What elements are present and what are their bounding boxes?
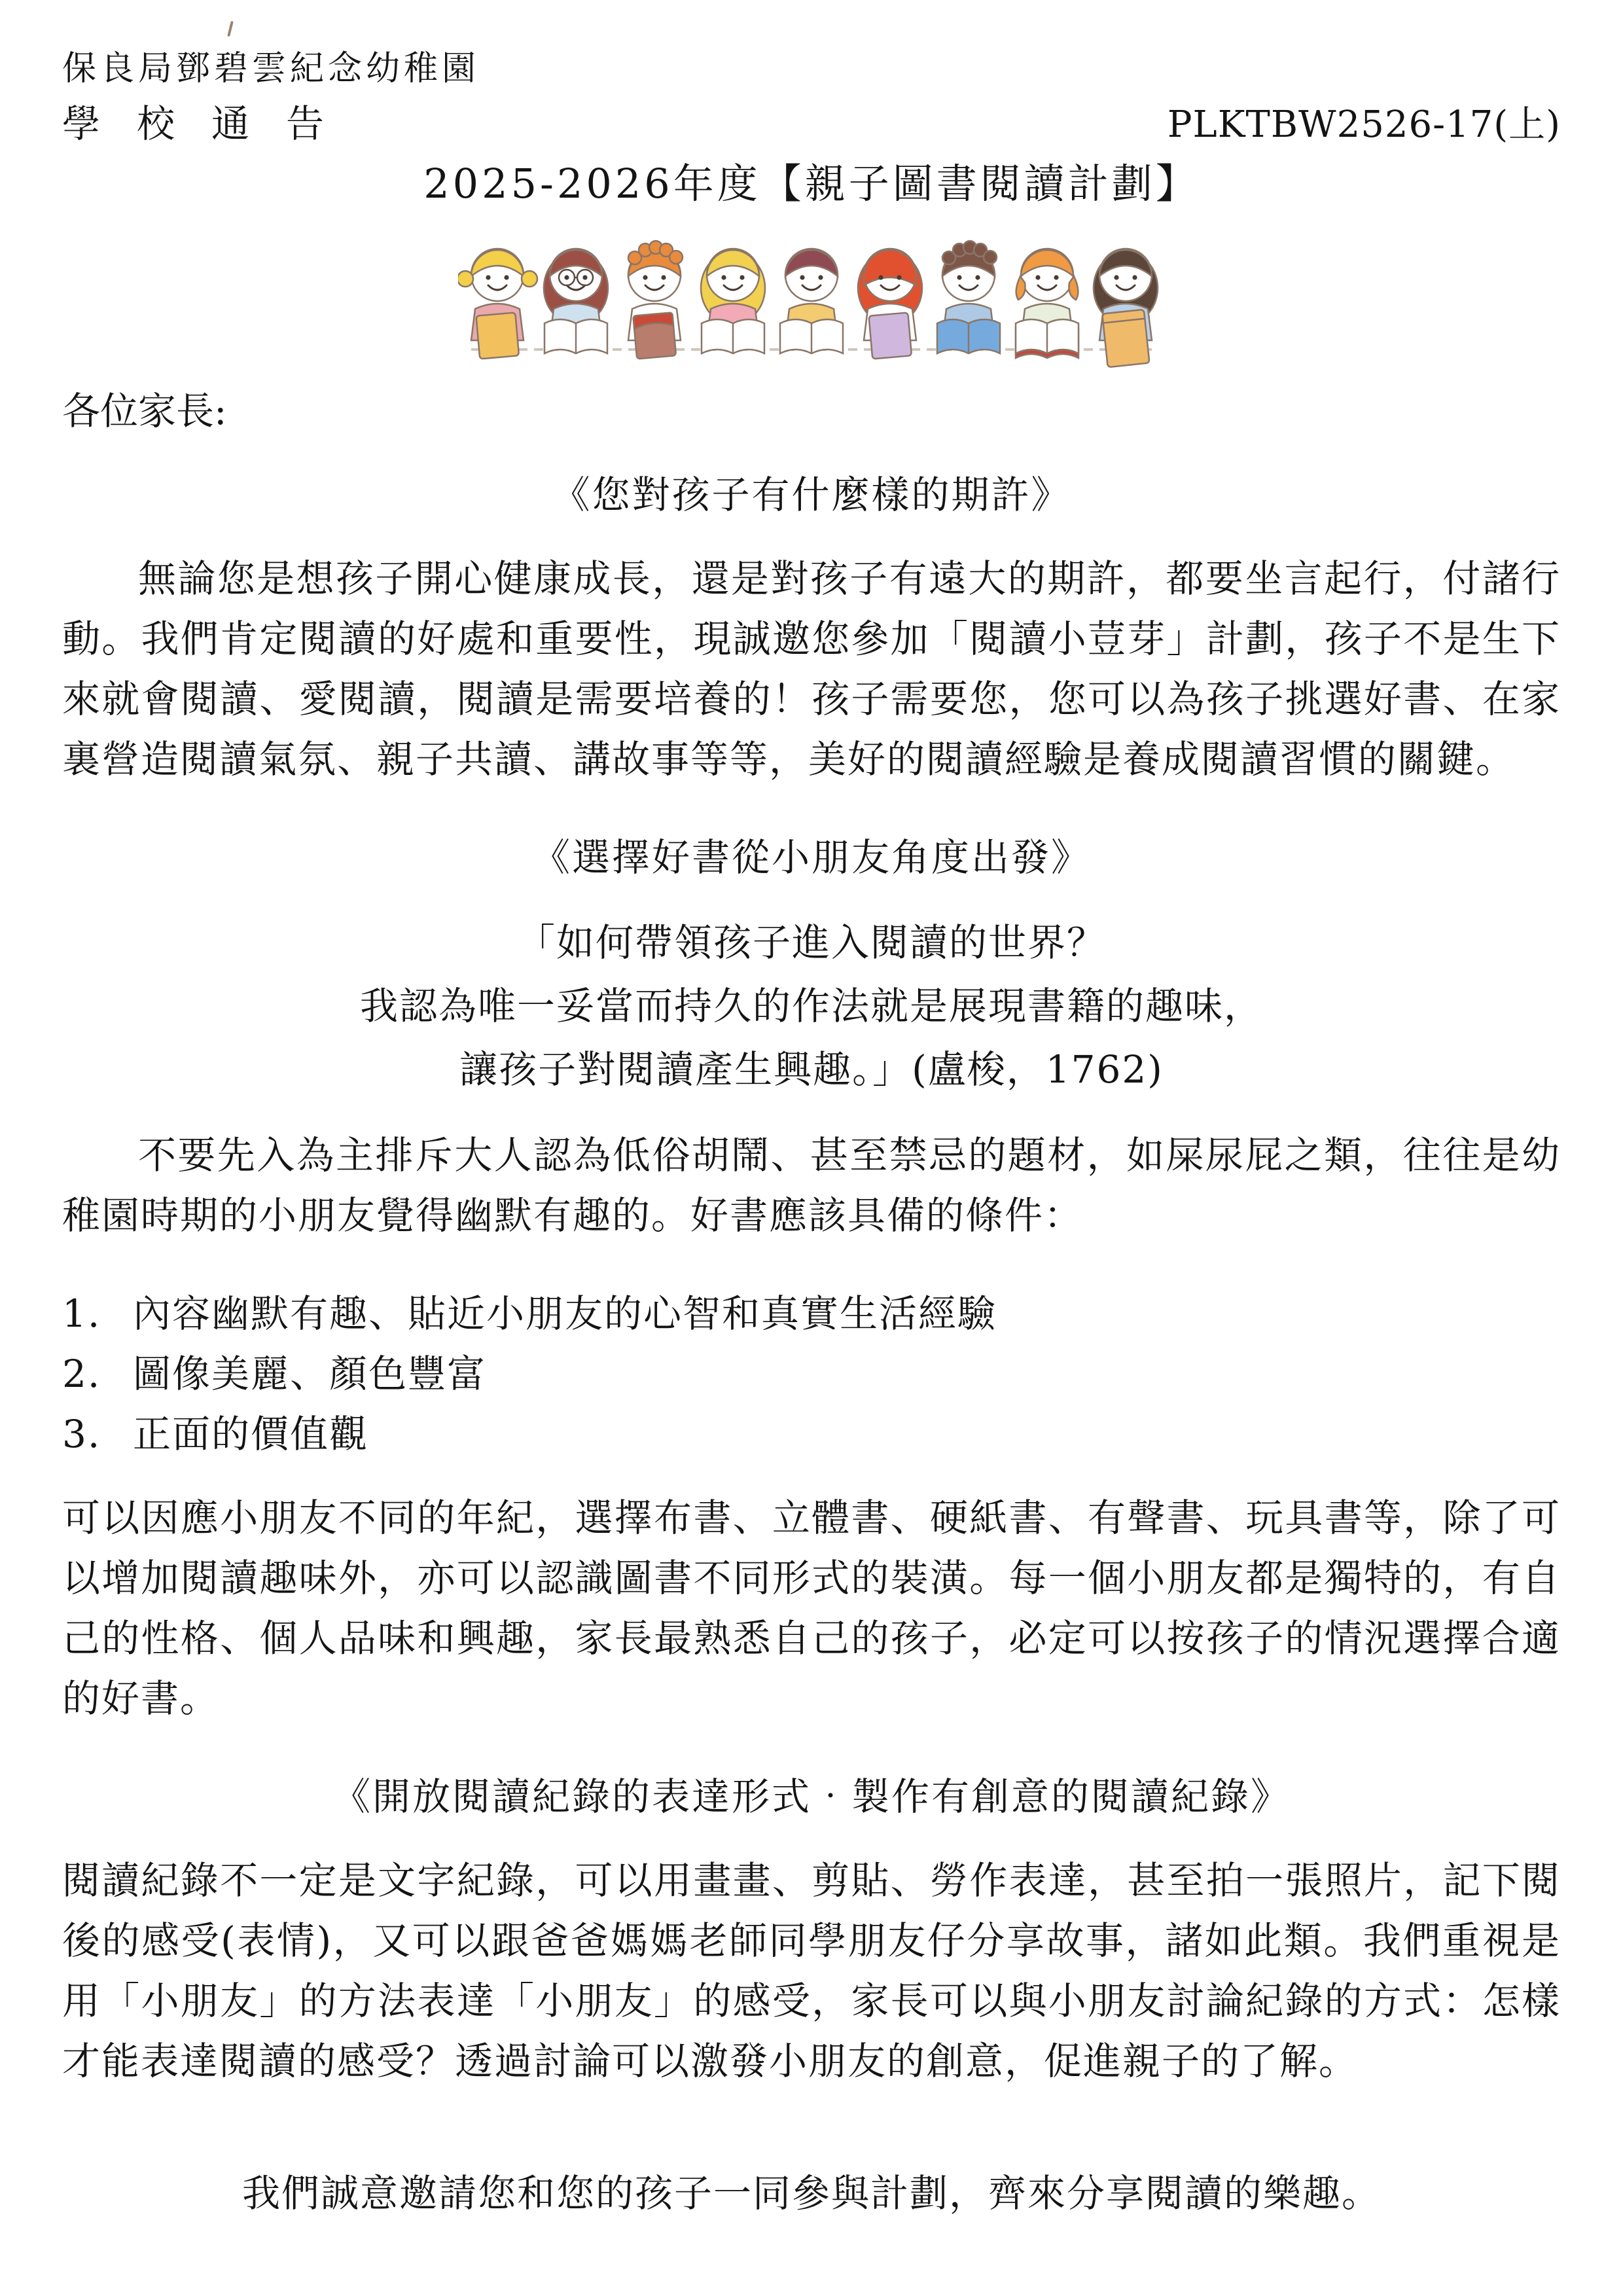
child-girl-redhair-bangs [858,249,922,359]
rousseau-quote: 「如何帶領孩子進入閱讀的世界？ 我認為唯一妥當而持久的作法就是展現書籍的趣味， … [62,911,1561,1102]
notice-page: 保良局鄧碧雲紀念幼稚園 學校通告 PLKTBW2526-17(上) 2025-2… [0,0,1623,2296]
child-boy-brown-curly [937,241,1000,353]
list-item-number: 3. [62,1404,133,1464]
children-illustration [62,221,1561,373]
notice-content: 保良局鄧碧雲紀念幼稚園 學校通告 PLKTBW2526-17(上) 2025-2… [0,0,1623,2223]
child-boy-maroon [780,249,843,353]
paragraph-formats: 可以因應小朋友不同的年紀，選擇布書、立體書、硬紙書、有聲書、玩具書等，除了可以增… [62,1488,1561,1729]
heading-record: 《開放閱讀紀錄的表達形式‧製作有創意的閱讀紀錄》 [62,1767,1561,1827]
heading-book-choice: 《選擇好書從小朋友角度出發》 [62,827,1561,888]
quote-line-2: 我認為唯一妥當而持久的作法就是展現書籍的趣味， [62,975,1561,1038]
good-book-criteria-list: 1. 內容幽默有趣、貼近小朋友的心智和真實生活經驗 2. 圖像美麗、顏色豐富 3… [62,1283,1561,1464]
list-item-number: 1. [62,1283,133,1344]
reference-number: PLKTBW2526-17(上) [1168,99,1561,151]
notice-header-row: 學校通告 PLKTBW2526-17(上) [62,98,1561,151]
salutation: 各位家長: [62,381,1561,441]
list-item-text: 內容幽默有趣、貼近小朋友的心智和真實生活經驗 [133,1283,997,1344]
child-girl-blonde-pigtails [458,249,537,359]
paragraph-taboo: 不要先入為主排斥大人認為低俗胡鬧、甚至禁忌的題材，如屎尿屁之類，往往是幼稚園時期… [62,1125,1561,1246]
child-girl-blonde [701,249,765,353]
school-name: 保良局鄧碧雲紀念幼稚園 [62,46,1561,92]
list-item: 3. 正面的價值觀 [62,1404,1561,1464]
quote-line-1: 「如何帶領孩子進入閱讀的世界？ [62,911,1561,975]
list-item: 2. 圖像美麗、顏色豐富 [62,1344,1561,1404]
heading-expectation: 《您對孩子有什麼樣的期許》 [62,465,1561,525]
child-girl-orange-bob [1016,249,1079,358]
document-title: 2025-2026年度【親子圖書閱讀計劃】 [62,156,1561,212]
list-item-text: 圖像美麗、顏色豐富 [133,1344,486,1404]
quote-line-3: 讓孩子對閱讀產生興趣。」(盧梭，1762) [62,1038,1561,1102]
list-item-number: 2. [62,1344,133,1404]
paragraph-record: 閱讀紀錄不一定是文字紀錄，可以用畫畫、剪貼、勞作表達，甚至拍一張照片，記下閱後的… [62,1850,1561,2091]
child-boy-orange-curly [628,241,683,359]
notice-type-label: 學校通告 [62,98,361,149]
closing-invitation: 我們誠意邀請您和您的孩子一同參與計劃，齊來分享閱讀的樂趣。 [62,2163,1561,2223]
list-item-text: 正面的價值觀 [133,1404,368,1464]
list-item: 1. 內容幽默有趣、貼近小朋友的心智和真實生活經驗 [62,1283,1561,1344]
children-reading-graphic [458,221,1165,373]
paragraph-intro: 無論您是想孩子開心健康成長，還是對孩子有遠大的期許，都要坐言起行，付諸行動。我們… [62,548,1561,789]
child-girl-auburn-glasses [544,249,608,353]
